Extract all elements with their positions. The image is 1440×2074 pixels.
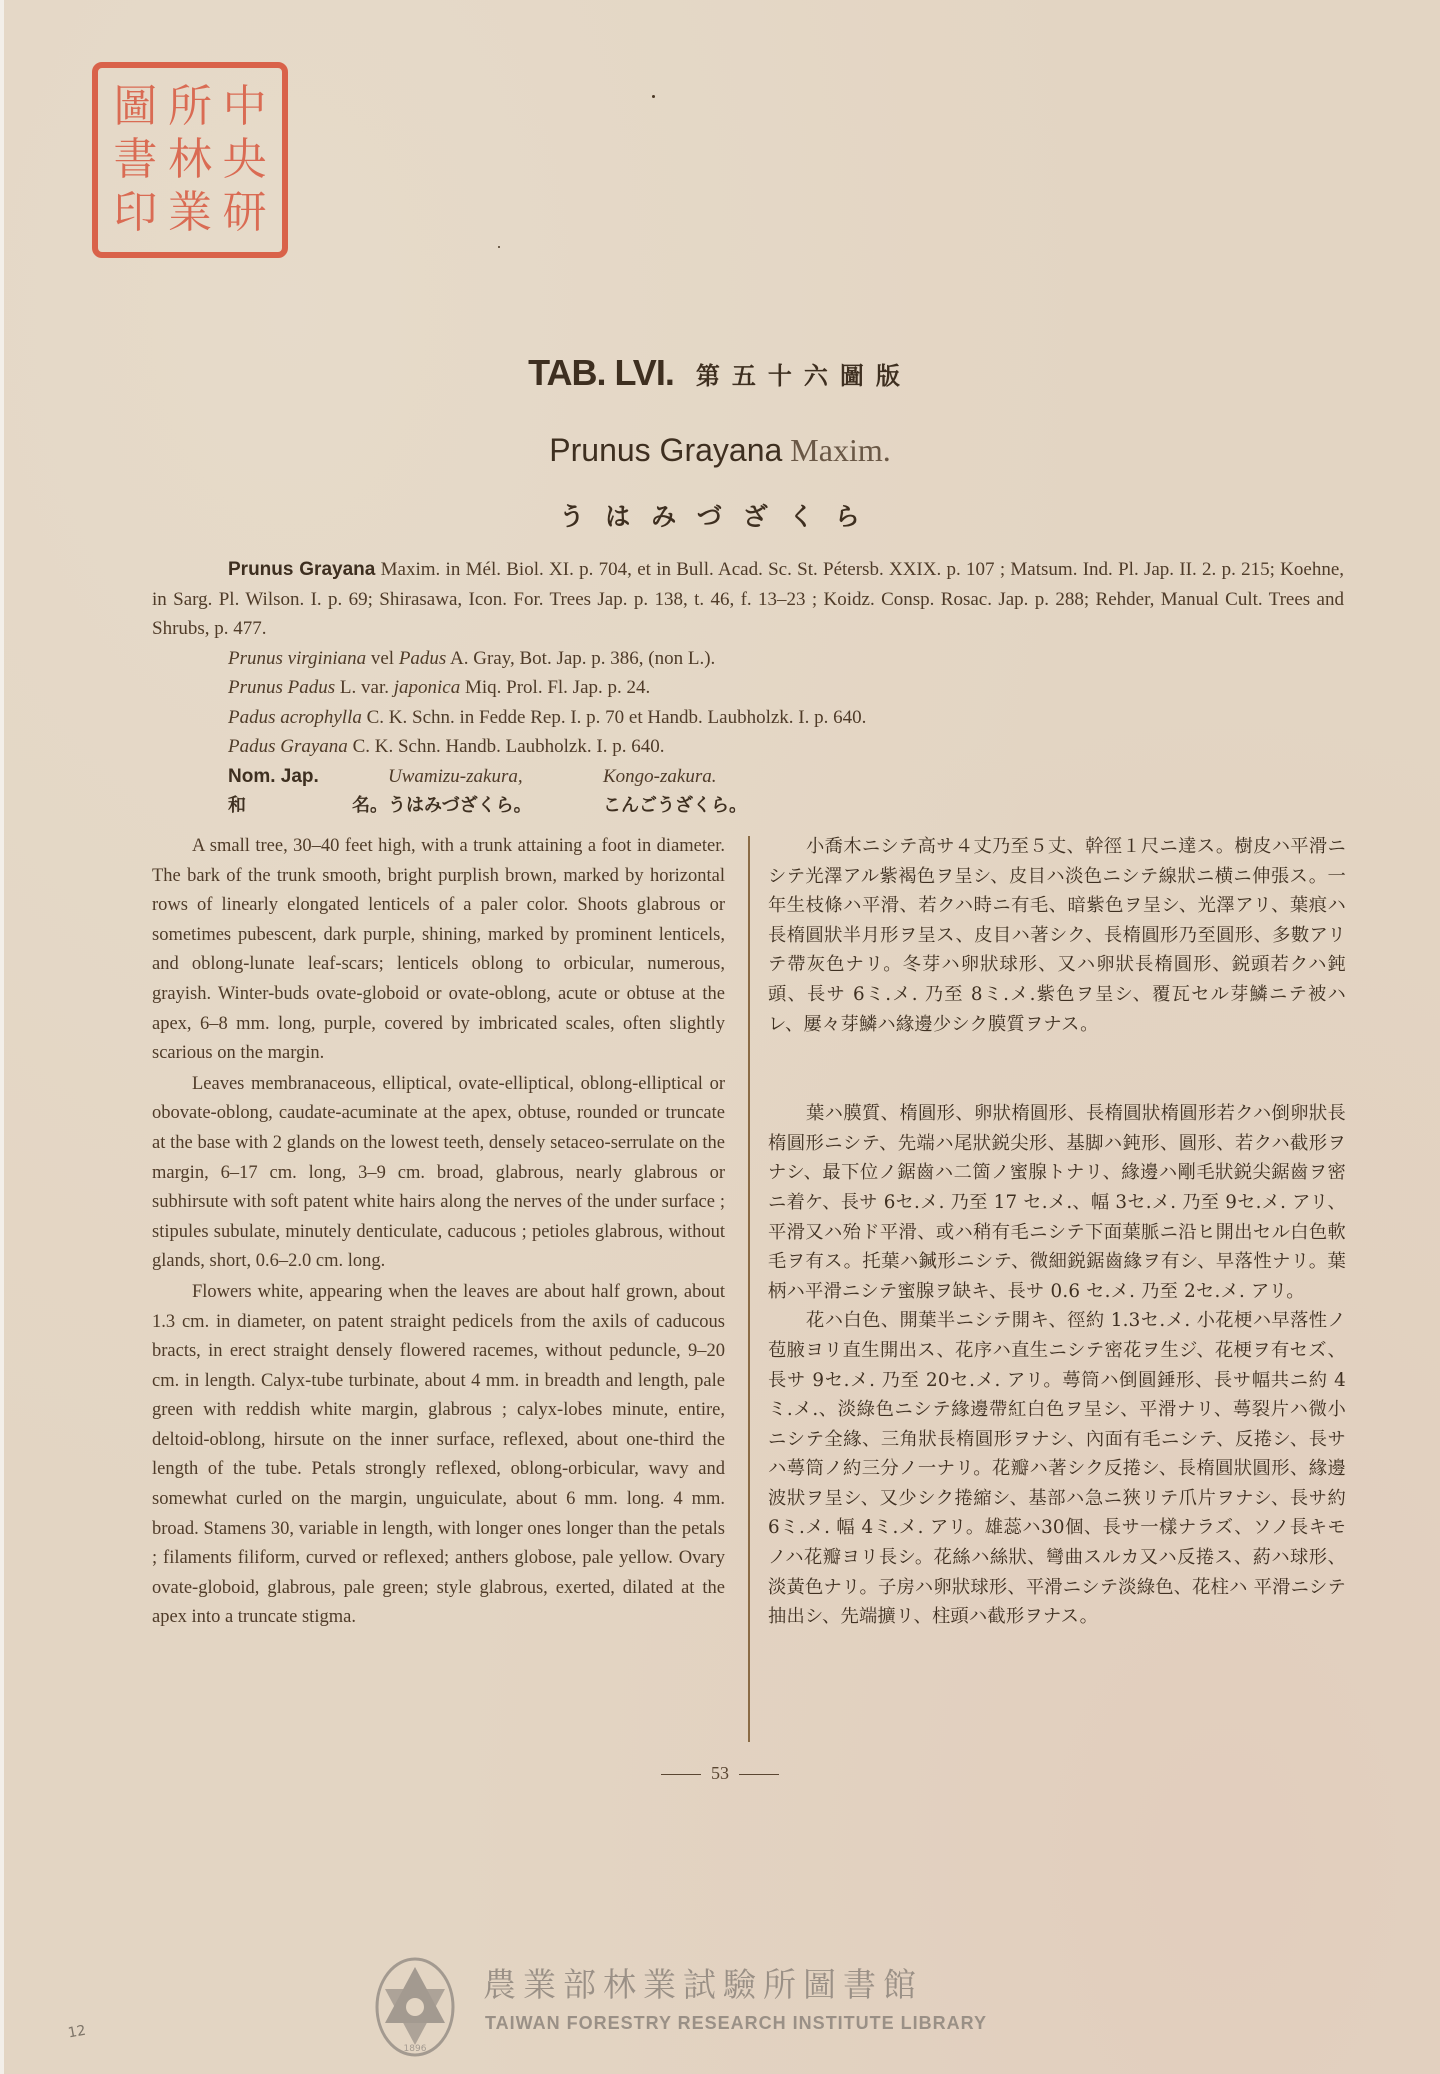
- synonym-name: Padus acrophylla: [228, 707, 362, 728]
- nom-jap-label: Nom. Jap.: [228, 762, 388, 792]
- citation-species-name: Prunus Grayana: [228, 559, 375, 580]
- japanese-name-romaji: Kongo-zakura.: [603, 762, 716, 792]
- seal-char: 圖: [108, 80, 163, 133]
- library-name-english: TAIWAN FORESTRY RESEARCH INSTITUTE LIBRA…: [485, 2013, 987, 2034]
- seal-char: 中: [217, 80, 272, 133]
- species-author: Maxim.: [790, 432, 890, 468]
- description-paragraph-flowers: Flowers white, appearing when the leaves…: [152, 1278, 725, 1633]
- wamei-label-char: 和: [228, 791, 308, 821]
- column-divider: [748, 836, 750, 1742]
- library-name-cjk: 農業部林業試驗所圖書館: [483, 1959, 923, 2006]
- nom-jap-row: Nom. Jap. Uwamizu-zakura, Kongo-zakura.: [152, 762, 1344, 792]
- paper-speck: [498, 246, 500, 248]
- description-paragraph-leaves-ja: 葉ハ膜質、楕圓形、卵狀楕圓形、長楕圓狀楕圓形若クハ倒卵狀長楕圓形ニシテ、先端ハ尾…: [768, 1099, 1346, 1306]
- japanese-name-kana: こんごうざくら。: [603, 791, 747, 821]
- plate-number-cjk: 第五十六圖版: [696, 362, 912, 390]
- synonym-citation: A. Gray, Bot. Jap. p. 386, (non L.).: [446, 648, 715, 669]
- description-paragraph-habit: A small tree, 30–40 feet high, with a tr…: [152, 832, 725, 1069]
- dash-left: [661, 1774, 701, 1775]
- page-number: 53: [0, 1763, 1440, 1784]
- japanese-name-romaji: Uwamizu-zakura,: [388, 762, 603, 792]
- page-number-value: 53: [711, 1763, 729, 1783]
- description-paragraph-leaves: Leaves membranaceous, elliptical, ovate-…: [152, 1070, 725, 1277]
- seal-char: 研: [217, 187, 272, 240]
- synonym-name: Prunus Padus: [228, 677, 335, 698]
- main-citation: Prunus Grayana Maxim. in Mél. Biol. XI. …: [152, 555, 1344, 644]
- synonym-name: Padus: [399, 648, 447, 669]
- wamei-row: 和名。 うはみづざくら。 こんごうざくら。: [152, 791, 1344, 821]
- plate-number-latin: TAB. LVI.: [528, 352, 674, 393]
- synonym-line: Padus acrophylla C. K. Schn. in Fedde Re…: [152, 703, 1344, 733]
- seal-char: 央: [217, 133, 272, 186]
- synonym-connector: L. var.: [335, 677, 394, 698]
- synonym-line: Prunus virginiana vel Padus A. Gray, Bot…: [152, 644, 1344, 674]
- seal-char: 印: [108, 187, 163, 240]
- pencil-annotation: 12: [67, 2023, 87, 2042]
- seal-char: 書: [108, 133, 163, 186]
- description-paragraph-habit-ja: 小喬木ニシテ高サ４丈乃至５丈、幹徑１尺ニ達ス。樹皮ハ平滑ニシテ光澤アル紫褐色ヲ呈…: [768, 832, 1346, 1039]
- synonym-name: Prunus virginiana: [228, 648, 366, 669]
- species-name: Prunus Grayana: [549, 432, 782, 468]
- synonym-name: japonica: [394, 677, 461, 698]
- english-description: A small tree, 30–40 feet high, with a tr…: [152, 832, 725, 1634]
- dash-right: [739, 1774, 779, 1775]
- svg-text:1896: 1896: [404, 2044, 427, 2054]
- wamei-label-char: 名。: [352, 791, 388, 821]
- synonym-citation: Miq. Prol. Fl. Jap. p. 24.: [460, 677, 650, 698]
- synonymy-references: Prunus Grayana Maxim. in Mél. Biol. XI. …: [152, 555, 1344, 821]
- japanese-kana-name: うはみづざくら: [0, 497, 1440, 533]
- wamei-label: 和名。: [228, 791, 388, 821]
- plate-title: TAB. LVI.第五十六圖版: [0, 352, 1440, 394]
- library-watermark: 1896 農業部林業試驗所圖書館 TAIWAN FORESTRY RESEARC…: [373, 1945, 1073, 2065]
- library-seal-stamp: 中 央 研 所 林 業 圖 書 印: [92, 62, 288, 258]
- seal-char: 林: [163, 133, 218, 186]
- japanese-name-kana: うはみづざくら。: [388, 791, 603, 821]
- synonym-citation: C. K. Schn. Handb. Laubholzk. I. p. 640.: [348, 736, 665, 757]
- species-heading: Prunus Grayana Maxim.: [0, 432, 1440, 469]
- synonym-name: Padus Grayana: [228, 736, 348, 757]
- synonym-connector: vel: [366, 648, 399, 669]
- synonym-line: Padus Grayana C. K. Schn. Handb. Laubhol…: [152, 732, 1344, 762]
- seal-char: 業: [163, 187, 218, 240]
- seal-char: 所: [163, 80, 218, 133]
- synonym-citation: C. K. Schn. in Fedde Rep. I. p. 70 et Ha…: [362, 707, 866, 728]
- synonym-line: Prunus Padus L. var. japonica Miq. Prol.…: [152, 673, 1344, 703]
- paper-speck: [652, 95, 655, 98]
- japanese-description: 小喬木ニシテ高サ４丈乃至５丈、幹徑１尺ニ達ス。樹皮ハ平滑ニシテ光澤アル紫褐色ヲ呈…: [768, 832, 1346, 1632]
- description-paragraph-flowers-ja: 花ハ白色、開葉半ニシテ開キ、徑約 1.3セ.メ. 小花梗ハ早落性ノ苞腋ヨリ直生開…: [768, 1306, 1346, 1632]
- institute-logo-icon: 1896: [373, 1953, 457, 2061]
